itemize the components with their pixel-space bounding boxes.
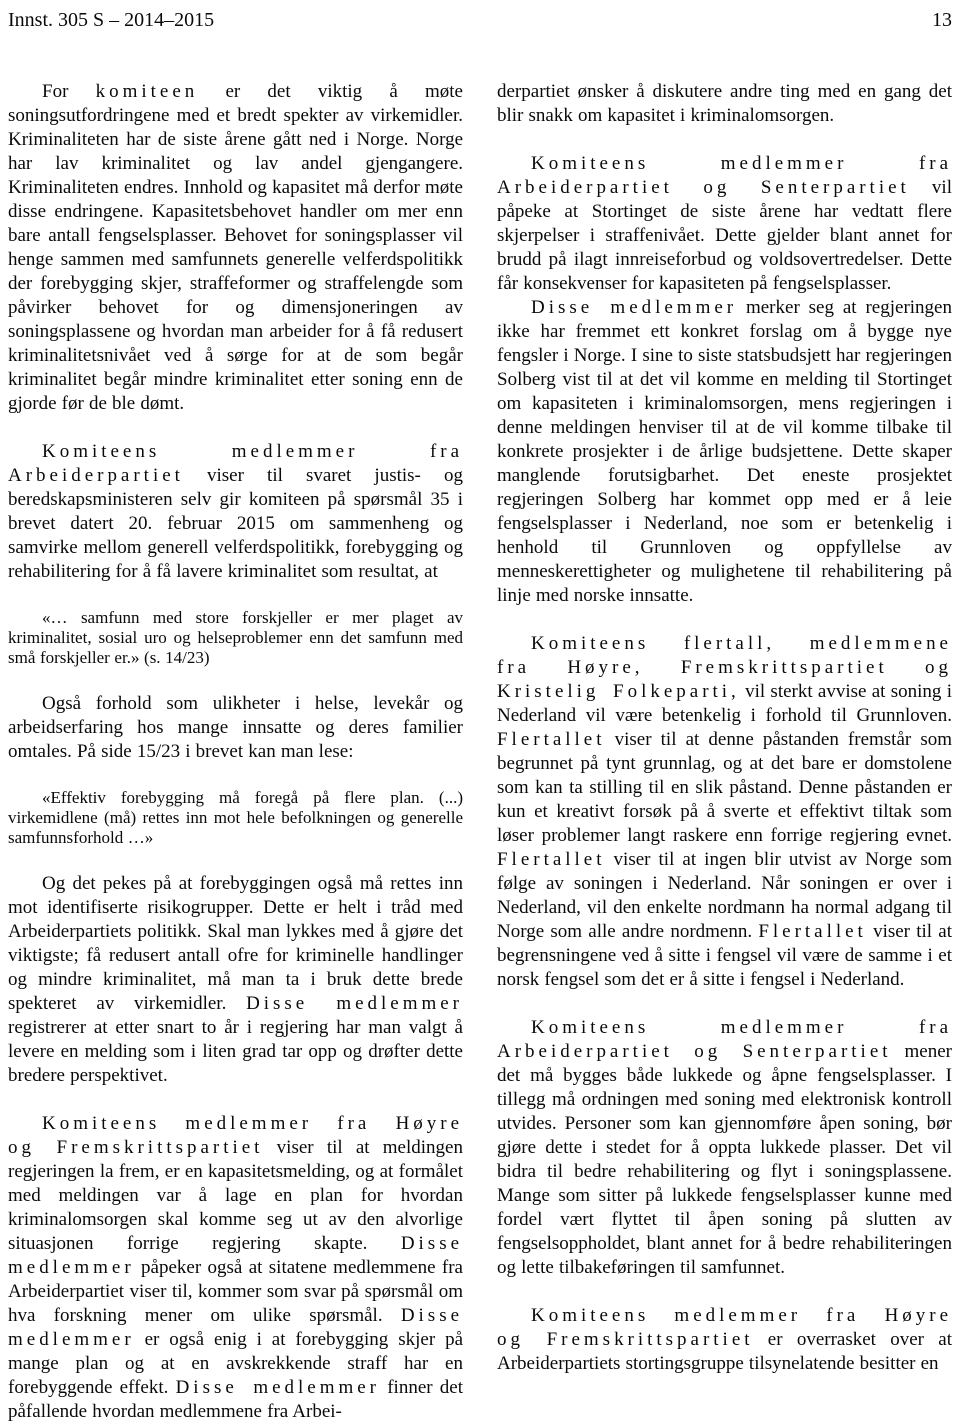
quote-paragraph: «… samfunn med store forskjeller er mer …: [8, 608, 463, 668]
document-page: Innst. 305 S – 2014–2015 13 For komiteen…: [0, 0, 960, 1427]
body-paragraph: Disse medlemmer merker seg at regjeringe…: [497, 296, 952, 608]
spaced-emphasis-text: Flertallet: [758, 921, 867, 942]
spaced-emphasis-text: Komiteens medlemmer fra Arbeiderpartiet …: [497, 153, 952, 198]
text-run: «Effektiv forebygging må foregå på flere…: [8, 788, 463, 847]
body-paragraph: Også forhold som ulikheter i helse, leve…: [8, 692, 463, 764]
body-paragraph: Komiteens medlemmer fra Høyre og Fremskr…: [8, 1112, 463, 1424]
spaced-emphasis-text: komiteen: [96, 81, 199, 102]
text-run: mener det må bygges både lukkede og åpne…: [497, 1041, 952, 1278]
text-run: For: [42, 81, 96, 102]
page-number: 13: [932, 8, 952, 32]
spaced-emphasis-text: Flertallet: [497, 849, 606, 870]
spaced-emphasis-text: Komiteens medlemmer fra Arbeiderpartiet …: [497, 1017, 952, 1062]
text-run: Også forhold som ulikheter i helse, leve…: [8, 693, 463, 762]
spaced-emphasis-text: Disse medlemmer: [176, 1377, 380, 1398]
body-paragraph: derpartiet ønsker å diskutere andre ting…: [497, 80, 952, 128]
body-paragraph: Komiteens medlemmer fra Arbeiderpartiet …: [8, 440, 463, 584]
text-run: registrerer at etter snart to år i regje…: [8, 1017, 463, 1086]
body-paragraph: For komiteen er det viktig å møte soning…: [8, 80, 463, 416]
spaced-emphasis-text: Disse medlemmer: [531, 297, 737, 318]
body-paragraph: Komiteens medlemmer fra Høyre og Fremskr…: [497, 1304, 952, 1376]
body-paragraph: Komiteens medlemmer fra Arbeiderpartiet …: [497, 1016, 952, 1280]
text-run: merker seg at regjeringen ikke har fremm…: [497, 297, 952, 606]
spaced-emphasis-text: Disse medlemmer: [246, 993, 463, 1014]
right-column: derpartiet ønsker å diskutere andre ting…: [497, 80, 952, 1424]
text-run: «… samfunn med store forskjeller er mer …: [8, 608, 463, 667]
text-run: er det viktig å møte soningsutfordringen…: [8, 81, 463, 414]
quote-paragraph: «Effektiv forebygging må foregå på flere…: [8, 788, 463, 848]
body-paragraph: Komiteens medlemmer fra Arbeiderpartiet …: [497, 152, 952, 296]
spaced-emphasis-text: Flertallet: [497, 729, 606, 750]
two-column-layout: For komiteen er det viktig å møte soning…: [8, 80, 952, 1424]
document-title: Innst. 305 S – 2014–2015: [8, 8, 214, 32]
page-header: Innst. 305 S – 2014–2015 13: [8, 8, 952, 32]
text-run: derpartiet ønsker å diskutere andre ting…: [497, 81, 952, 126]
left-column: For komiteen er det viktig å møte soning…: [8, 80, 463, 1424]
body-paragraph: Og det pekes på at forebyggingen også må…: [8, 872, 463, 1088]
body-paragraph: Komiteens flertall, medlemmene fra Høyre…: [497, 632, 952, 992]
